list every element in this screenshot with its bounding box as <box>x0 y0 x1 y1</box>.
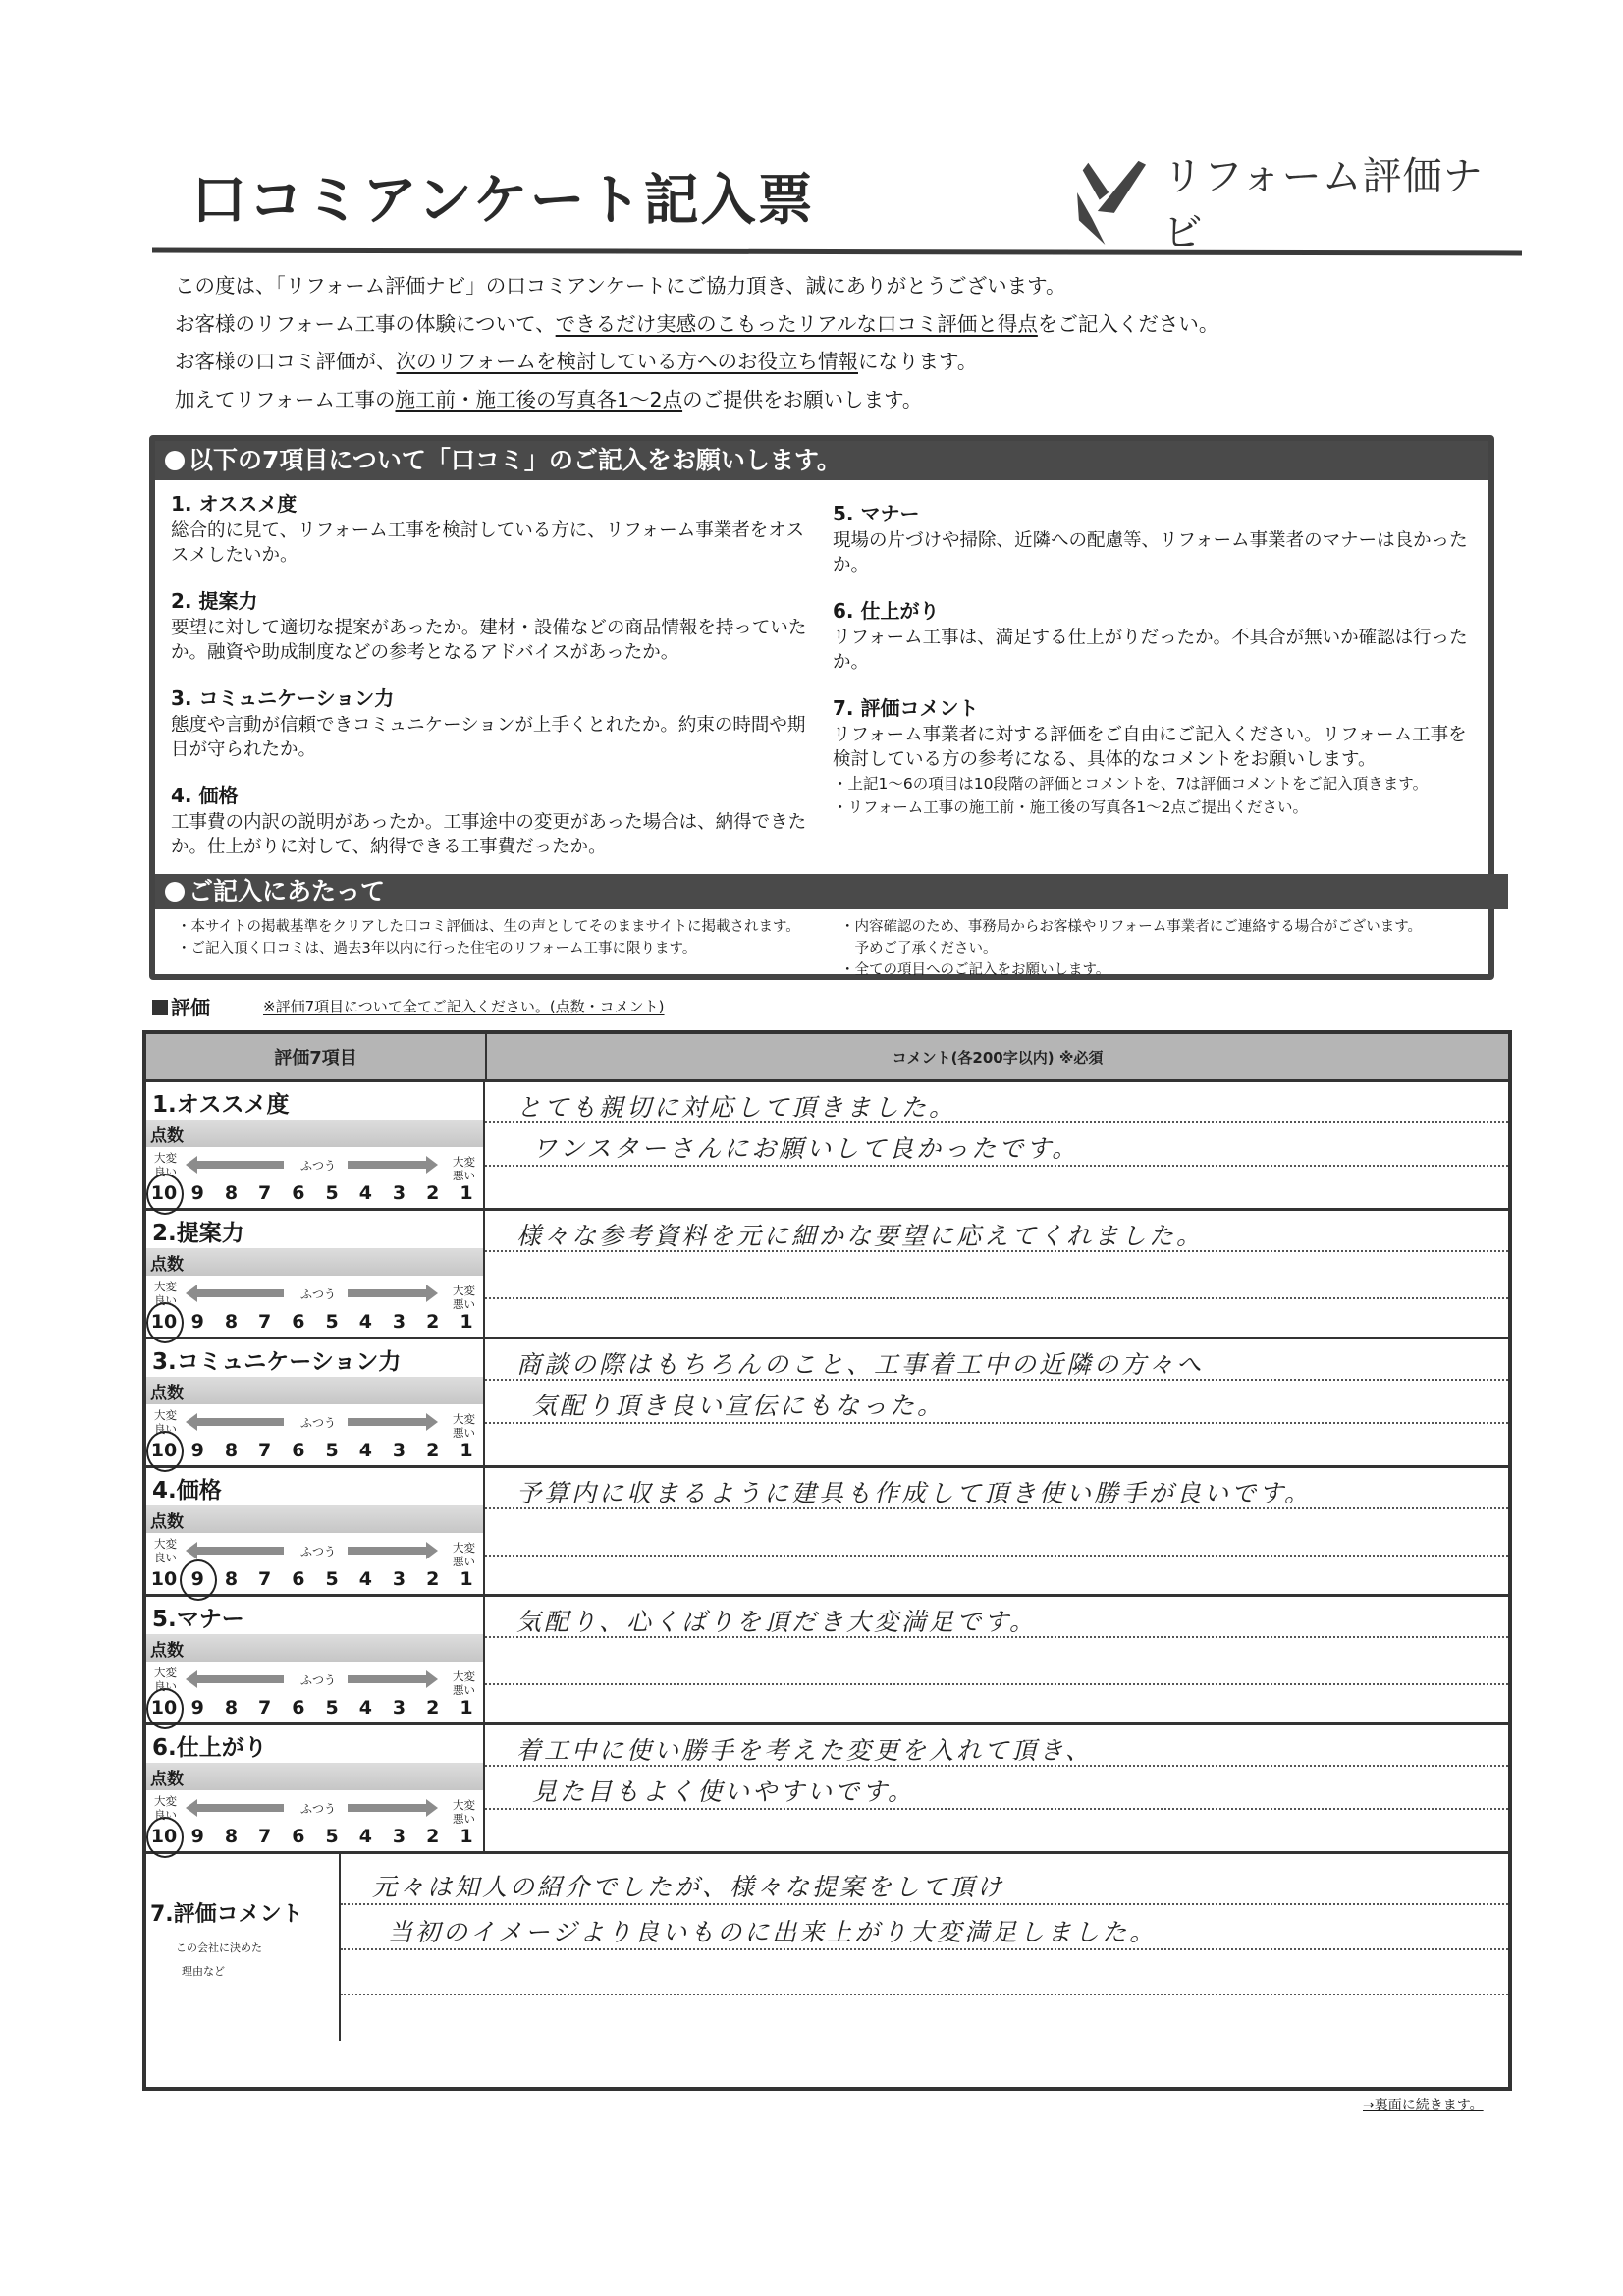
arrow-left-icon <box>197 1161 284 1169</box>
comment-field[interactable]: 商談の際はもちろんのこと、工事着工中の近隣の方々へ 気配り頂き良い宣伝にもなった… <box>485 1339 1508 1465</box>
arrow-right-icon <box>348 1675 426 1683</box>
score-9-selected[interactable]: 9 <box>184 1568 211 1590</box>
score-scale[interactable]: 10987654321 <box>150 1440 480 1461</box>
swirl-logo-icon <box>1060 155 1154 248</box>
score-10-selected[interactable]: 10 <box>150 1826 178 1847</box>
arrow-right-icon <box>348 1289 426 1297</box>
table-row: 1.オススメ度 点数 大変良い ふつう 大変悪い 10987654321 とても… <box>146 1082 1508 1211</box>
criteria-right-column: 5. マナー現場の片づけや掃除、近隣への配慮等、リフォーム事業者のマナーは良かっ… <box>815 492 1477 881</box>
criterion-6: 6. 仕上がりリフォーム工事は、満足する仕上がりだったか。不具合が無いか確認は行… <box>833 599 1477 675</box>
criterion-2: 2. 提案力要望に対して適切な提案があったか。建材・設備などの商品情報を持ってい… <box>171 589 815 665</box>
evaluation-heading: 評価 <box>152 992 210 1020</box>
column-header-comments: コメント(各200字以内) ※必須 <box>487 1034 1508 1079</box>
comment-field[interactable]: とても親切に対応して頂きました。 ワンスターさんにお願いして良かったです。 <box>485 1082 1508 1208</box>
criterion-3: 3. コミュニケーション力態度や言動が信頼できコミュニケーションが上手くとれたか… <box>171 686 815 762</box>
arrow-right-icon <box>348 1161 426 1169</box>
notes: ・本サイトの掲載基準をクリアした口コミ評価は、生の声としてそのままサイトに掲載さ… <box>155 912 1488 981</box>
arrow-left-icon <box>197 1289 284 1297</box>
arrow-left-icon <box>197 1804 284 1812</box>
score-scale[interactable]: 10987654321 <box>150 1182 480 1204</box>
comment-field[interactable]: 気配り、心くばりを頂だき大変満足です。 <box>485 1597 1508 1722</box>
brand-logo: リフォーム評価ナビ <box>1060 157 1522 246</box>
brand-name: リフォーム評価ナビ <box>1163 145 1522 257</box>
arrow-right-icon <box>348 1418 426 1426</box>
intro-line-2: お客様のリフォーム工事の体験について、できるだけ実感のこもったリアルな口コミ評価… <box>175 305 1510 344</box>
table-row: 6.仕上がり 点数 大変良い ふつう 大変悪い 10987654321 着工中に… <box>146 1725 1508 1854</box>
score-scale[interactable]: 10987654321 <box>150 1311 480 1333</box>
score-10-selected[interactable]: 10 <box>150 1311 178 1333</box>
arrow-left-icon <box>197 1547 284 1555</box>
square-bullet-icon <box>152 1000 168 1015</box>
instructions-box: 以下の7項目について「口コミ」のご記入をお願いします。 1. オススメ度総合的に… <box>149 435 1494 980</box>
table-row: 5.マナー 点数 大変良い ふつう 大変悪い 10987654321 気配り、心… <box>146 1597 1508 1725</box>
criterion-5: 5. マナー現場の片づけや掃除、近隣への配慮等、リフォーム事業者のマナーは良かっ… <box>833 502 1477 577</box>
comment-field[interactable]: 予算内に収まるように建具も作成して頂き使い勝手が良いです。 <box>485 1468 1508 1594</box>
arrow-right-icon <box>348 1804 426 1812</box>
criterion-7: 7. 評価コメントリフォーム事業者に対する評価をご自由にご記入ください。リフォー… <box>833 696 1477 819</box>
evaluation-note: ※評価7項目について全てご記入ください。(点数・コメント) <box>263 996 665 1016</box>
score-scale[interactable]: 10987654321 <box>150 1568 480 1590</box>
score-scale[interactable]: 10987654321 <box>150 1697 480 1719</box>
criterion-1: 1. オススメ度総合的に見て、リフォーム工事を検討している方に、リフォーム事業者… <box>171 492 815 568</box>
bullet-icon <box>165 882 185 902</box>
row-title: 1.オススメ度 <box>152 1086 290 1119</box>
criteria-left-column: 1. オススメ度総合的に見て、リフォーム工事を検討している方に、リフォーム事業者… <box>171 492 815 881</box>
table-header: 評価7項目 コメント(各200字以内) ※必須 <box>146 1034 1508 1082</box>
score-scale[interactable]: 10987654321 <box>150 1826 480 1847</box>
table-row: 4.価格 点数 大変良い ふつう 大変悪い 10987654321 予算内に収ま… <box>146 1468 1508 1597</box>
intro-line-4: 加えてリフォーム工事の施工前・施工後の写真各1～2点のご提供をお願いします。 <box>175 381 1510 419</box>
free-comment-field[interactable]: 元々は知人の紹介でしたが、様々な提案をして頂け 当初のイメージより良いものに出来… <box>341 1854 1508 2041</box>
notes-band: ご記入にあたって <box>155 874 1508 909</box>
score-10-selected[interactable]: 10 <box>150 1440 178 1461</box>
comment-field[interactable]: 着工中に使い勝手を考えた変更を入れて頂き、 見た目もよく使いやすいです。 <box>485 1725 1508 1851</box>
arrow-left-icon <box>197 1675 284 1683</box>
score-10-selected[interactable]: 10 <box>150 1182 178 1204</box>
continue-note: →裏面に続きます。 <box>1363 2095 1484 2114</box>
intro-line-1: この度は、「リフォーム評価ナビ」の口コミアンケートにご協力頂き、誠にありがとうご… <box>175 267 1510 305</box>
table-row: 2.提案力 点数 大変良い ふつう 大変悪い 10987654321 様々な参考… <box>146 1211 1508 1339</box>
score-10-selected[interactable]: 10 <box>150 1697 178 1719</box>
bullet-icon <box>165 451 185 470</box>
evaluation-table: 評価7項目 コメント(各200字以内) ※必須 1.オススメ度 点数 大変良い … <box>142 1030 1512 2091</box>
column-header-items: 評価7項目 <box>146 1034 487 1079</box>
instructions-band: 以下の7項目について「口コミ」のご記入をお願いします。 <box>155 441 1488 480</box>
comment-field[interactable]: 様々な参考資料を元に細かな要望に応えてくれました。 <box>485 1211 1508 1337</box>
intro-text: この度は、「リフォーム評価ナビ」の口コミアンケートにご協力頂き、誠にありがとうご… <box>175 267 1510 418</box>
arrow-right-icon <box>348 1547 426 1555</box>
intro-line-3: お客様の口コミ評価が、次のリフォームを検討している方へのお役立ち情報になります。 <box>175 343 1510 381</box>
criterion-4: 4. 価格工事費の内訳の説明があったか。工事途中の変更があった場合は、納得できた… <box>171 784 815 859</box>
table-row: 3.コミュニケーション力 点数 大変良い ふつう 大変悪い 1098765432… <box>146 1339 1508 1468</box>
arrow-left-icon <box>197 1418 284 1426</box>
form-title: 口コミアンケート記入票 <box>191 157 815 236</box>
table-row-comment: 7.評価コメント この会社に決めた 理由など 元々は知人の紹介でしたが、様々な提… <box>146 1854 1508 2041</box>
